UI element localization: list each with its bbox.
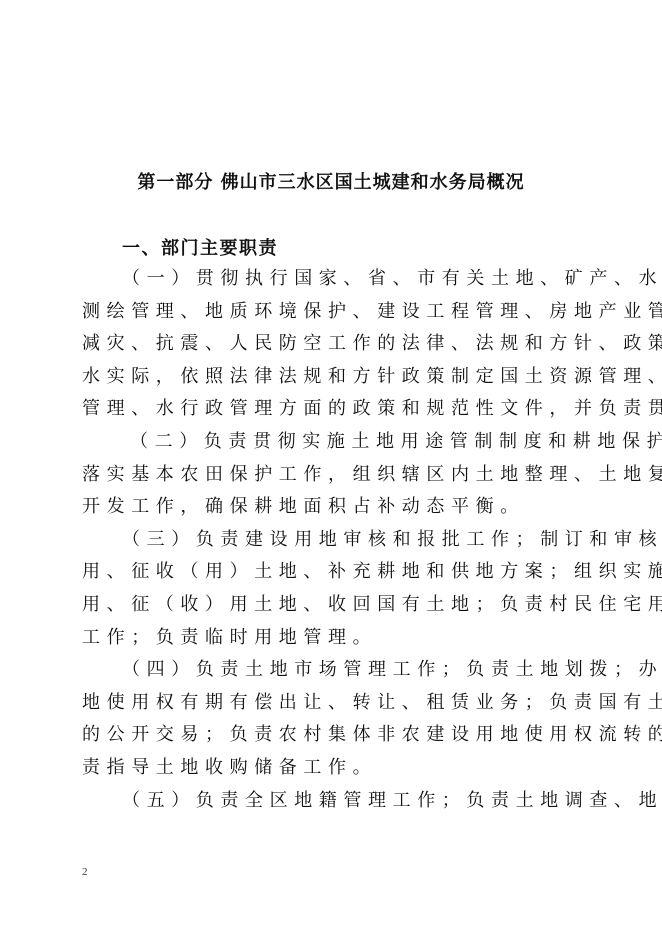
paragraph-line: （五）负责全区地籍管理工作；负责土地调查、地籍调查、	[82, 785, 582, 818]
paragraph-line: 落实基本农田保护工作，组织辖区内土地整理、土地复垦和耕地	[82, 459, 582, 492]
paragraph-line: 责指导土地收购储备工作。	[82, 752, 582, 785]
paragraph-line: 用、征（收）用土地、收回国有土地；负责村民住宅用地的审批	[82, 589, 582, 622]
paragraph-line: 用、征收（用）土地、补充耕地和供地方案；组织实施农用地转	[82, 556, 582, 589]
paragraph-line: （一）贯彻执行国家、省、市有关土地、矿产、水资源管理，	[82, 263, 582, 296]
document-body: （一）贯彻执行国家、省、市有关土地、矿产、水资源管理， 测绘管理、地质环境保护、…	[82, 263, 582, 817]
paragraph-line: 水实际，依照法律法规和方针政策制定国土资源管理、建设行政	[82, 361, 582, 394]
page-number: 2	[82, 866, 88, 878]
page-title: 第一部分 佛山市三水区国土城建和水务局概况	[0, 168, 662, 194]
paragraph-line: 减灾、抗震、人民防空工作的法律、法规和方针、政策；根据三	[82, 328, 582, 361]
paragraph-line: （三）负责建设用地审核和报批工作；制订和审核农用地转	[82, 524, 582, 557]
paragraph-line: 测绘管理、地质环境保护、建设工程管理、房地产业管理、防灾	[82, 296, 582, 329]
paragraph-line: 管理、水行政管理方面的政策和规范性文件，并负责贯彻执行。	[82, 393, 582, 426]
paragraph-line: 的公开交易；负责农村集体非农建设用地使用权流转的管理；负	[82, 719, 582, 752]
paragraph-line: （四）负责土地市场管理工作；负责土地划拨；办理国有土	[82, 654, 582, 687]
paragraph-line: 地使用权有期有偿出让、转让、租赁业务；负责国有土地使用权	[82, 687, 582, 720]
paragraph-line: 开发工作，确保耕地面积占补动态平衡。	[82, 491, 582, 524]
paragraph-line: 工作；负责临时用地管理。	[82, 622, 582, 655]
section-heading: 一、部门主要职责	[122, 234, 278, 260]
paragraph-line: （二）负责贯彻实施土地用途管制制度和耕地保护政策，	[82, 426, 582, 459]
document-page: 第一部分 佛山市三水区国土城建和水务局概况 一、部门主要职责 （一）贯彻执行国家…	[0, 0, 662, 936]
